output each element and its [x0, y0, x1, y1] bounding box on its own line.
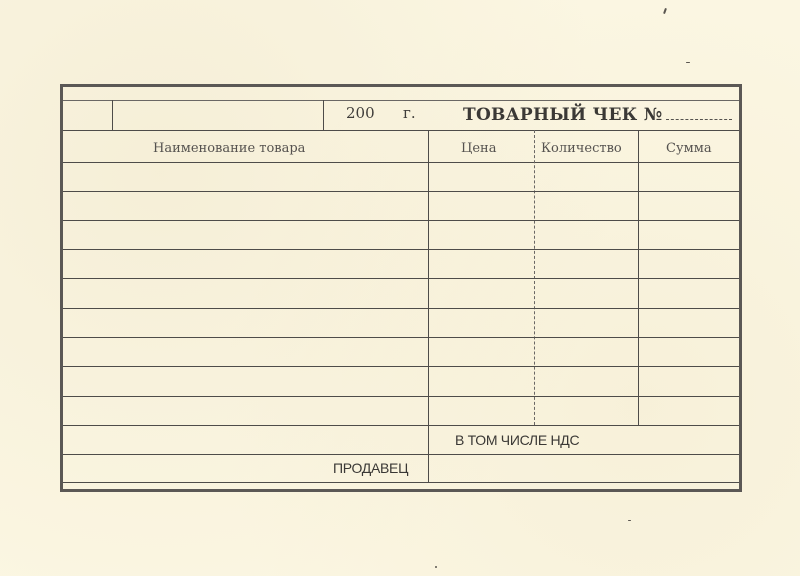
receipt-form: 200 г. ТОВАРНЫЙ ЧЕК № Наименование товар…: [60, 84, 742, 492]
date-month-field[interactable]: [113, 101, 323, 130]
date-divider-2: [323, 100, 324, 130]
table-row[interactable]: [63, 397, 739, 425]
paper-speck: [686, 62, 690, 63]
column-header-name: Наименование товара: [153, 141, 305, 156]
paper-speck: [663, 8, 667, 14]
paper-speck: [628, 520, 631, 521]
seller-row-bottom-line: [63, 482, 739, 483]
table-row[interactable]: [63, 250, 739, 278]
table-row[interactable]: [63, 192, 739, 220]
column-header-sum: Сумма: [666, 141, 712, 156]
column-header-price: Цена: [461, 141, 496, 156]
date-day-field[interactable]: [63, 101, 112, 130]
table-row[interactable]: [63, 221, 739, 249]
receipt-number-field[interactable]: [666, 107, 732, 120]
table-row[interactable]: [63, 309, 739, 337]
vat-field[interactable]: [430, 426, 739, 454]
paper-speck: [435, 566, 437, 568]
seller-label: ПРОДАВЕЦ: [333, 460, 408, 476]
title-text: ТОВАРНЫЙ ЧЕК №: [463, 105, 662, 125]
year-prefix: 200: [346, 104, 375, 122]
seller-field[interactable]: [430, 455, 739, 482]
column-header-quantity: Количество: [541, 141, 622, 156]
year-suffix: г.: [403, 104, 416, 122]
table-row[interactable]: [63, 367, 739, 396]
table-row[interactable]: [63, 279, 739, 308]
table-row[interactable]: [63, 163, 739, 191]
table-row[interactable]: [63, 338, 739, 366]
document-title: ТОВАРНЫЙ ЧЕК №: [463, 105, 732, 125]
